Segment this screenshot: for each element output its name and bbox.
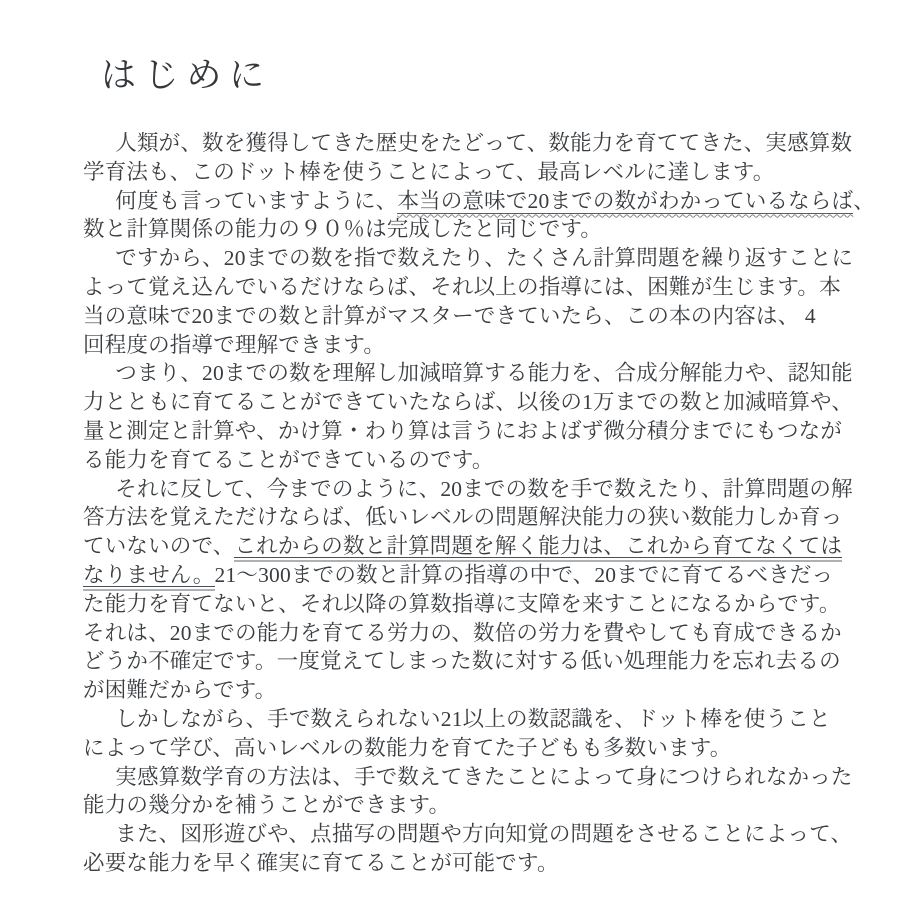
text-segment: よって覚え込んでいるだけならば、それ以上の指導には、困難が生じます。本 xyxy=(83,275,841,299)
text-line: 実感算数学育の方法は、手で数えてきたことによって身につけられなかった xyxy=(83,763,845,792)
underlined-phrase-wavy: 本当の意味で20までの数がわかっているならば xyxy=(397,189,853,215)
text-segment: しかしながら、手で数えられない21以上の数認識を、ドット棒を使うこと xyxy=(115,707,830,731)
text-segment: つまり、20までの数を理解し加減暗算する能力を、合成分解能力や、認知能 xyxy=(115,361,853,385)
text-line: 人類が、数を獲得してきた歴史をたどって、数能力を育ててきた、実感算数 xyxy=(83,129,845,158)
text-line: 学育法も、このドット棒を使うことによって、最高レベルに達します。 xyxy=(83,158,845,187)
text-line: 答方法を覚えただけならば、低いレベルの問題解決能力の狭い数能力しか育っ xyxy=(83,503,845,532)
text-segment: それに反して、今までのように、20までの数を手で数えたり、計算問題の解 xyxy=(115,477,853,501)
text-line: よって覚え込んでいるだけならば、それ以上の指導には、困難が生じます。本 xyxy=(83,273,845,302)
text-segment: ですから、20までの数を指で数えたり、たくさん計算問題を繰り返すことに xyxy=(115,246,853,270)
paragraph: 人類が、数を獲得してきた歴史をたどって、数能力を育ててきた、実感算数学育法も、こ… xyxy=(83,129,845,187)
text-line: によって学び、高いレベルの数能力を育てた子どもも多数います。 xyxy=(83,734,845,763)
text-segment: また、図形遊びや、点描写の問題や方向知覚の問題をさせることによって、 xyxy=(115,822,852,846)
body-paragraphs: 人類が、数を獲得してきた歴史をたどって、数能力を育ててきた、実感算数学育法も、こ… xyxy=(83,129,845,878)
text-segment: 学育法も、このドット棒を使うことによって、最高レベルに達します。 xyxy=(83,160,774,184)
text-segment: によって学び、高いレベルの数能力を育てた子どもも多数います。 xyxy=(83,736,731,760)
text-line: 能力の幾分かを補うことができます。 xyxy=(83,791,845,820)
text-segment: た能力を育てないと、それ以降の算数指導に支障を来すことになるからです。 xyxy=(83,592,841,616)
text-line: が困難だからです。 xyxy=(83,676,845,705)
text-segment: どうか不確定です。一度覚えてしまった数に対する低い処理能力を忘れ去るの xyxy=(83,649,841,673)
paragraph: それに反して、今までのように、20までの数を手で数えたり、計算問題の解答方法を覚… xyxy=(83,475,845,705)
text-line: なりません。21～300までの数と計算の指導の中で、20までに育てるべきだっ xyxy=(83,561,845,590)
paragraph: 実感算数学育の方法は、手で数えてきたことによって身につけられなかった能力の幾分か… xyxy=(83,763,845,821)
text-segment: 、 xyxy=(853,189,875,213)
text-line: 数と計算関係の能力の９０％は完成したと同じです。 xyxy=(83,215,845,244)
text-segment: 実感算数学育の方法は、手で数えてきたことによって身につけられなかった xyxy=(115,765,852,789)
text-segment: 回程度の指導で理解できます。 xyxy=(83,333,385,357)
underlined-phrase-double: これからの数と計算問題を解く能力は、これから育てなくては xyxy=(234,534,842,563)
text-line: それに反して、今までのように、20までの数を手で数えたり、計算問題の解 xyxy=(83,475,845,504)
underlined-phrase-double: なりません。 xyxy=(83,563,215,592)
text-segment: 人類が、数を獲得してきた歴史をたどって、数能力を育ててきた、実感算数 xyxy=(115,131,852,155)
text-segment: 量と測定と計算や、かけ算・わり算は言うにおよばず微分積分までにもつなが xyxy=(83,419,842,443)
text-segment: それは、20までの能力を育てる労力の、数倍の労力を費やしても育成できるか xyxy=(83,621,842,645)
text-segment: 能力の幾分かを補うことができます。 xyxy=(83,793,450,817)
text-line: しかしながら、手で数えられない21以上の数認識を、ドット棒を使うこと xyxy=(83,705,845,734)
page-title: はじめに xyxy=(101,48,272,98)
text-segment: 答方法を覚えただけならば、低いレベルの問題解決能力の狭い数能力しか育っ xyxy=(83,505,843,529)
text-segment: 力とともに育てることができていたならば、以後の1万までの数と加減暗算や、 xyxy=(83,390,853,414)
text-segment: る能力を育てることができているのです。 xyxy=(83,448,494,472)
text-line: どうか不確定です。一度覚えてしまった数に対する低い処理能力を忘れ去るの xyxy=(83,647,845,676)
paragraph: つまり、20までの数を理解し加減暗算する能力を、合成分解能力や、認知能力とともに… xyxy=(83,359,845,474)
text-line: る能力を育てることができているのです。 xyxy=(83,446,845,475)
text-line: ていないので、これからの数と計算問題を解く能力は、これから育てなくては xyxy=(83,532,845,561)
paragraph: しかしながら、手で数えられない21以上の数認識を、ドット棒を使うことによって学び… xyxy=(83,705,845,763)
text-line: 当の意味で20までの数と計算がマスターできていたら、この本の内容は、 4 xyxy=(83,302,845,331)
paragraph: ですから、20までの数を指で数えたり、たくさん計算問題を繰り返すことによって覚え… xyxy=(83,244,845,359)
text-segment: 何度も言っていますように、 xyxy=(115,189,397,213)
paragraph: 何度も言っていますように、本当の意味で20までの数がわかっているならば、数と計算… xyxy=(83,187,845,245)
text-line: 力とともに育てることができていたならば、以後の1万までの数と加減暗算や、 xyxy=(83,388,845,417)
text-line: それは、20までの能力を育てる労力の、数倍の労力を費やしても育成できるか xyxy=(83,619,845,648)
text-line: 量と測定と計算や、かけ算・わり算は言うにおよばず微分積分までにもつなが xyxy=(83,417,845,446)
paragraph: また、図形遊びや、点描写の問題や方向知覚の問題をさせることによって、必要な能力を… xyxy=(83,820,845,878)
text-segment: 数と計算関係の能力の９０％は完成したと同じです。 xyxy=(83,217,602,241)
text-line: つまり、20までの数を理解し加減暗算する能力を、合成分解能力や、認知能 xyxy=(83,359,845,388)
text-segment: が困難だからです。 xyxy=(83,678,276,702)
text-segment: 必要な能力を早く確実に育てることが可能です。 xyxy=(83,851,559,875)
text-segment: 21～300までの数と計算の指導の中で、20までに育てるべきだっ xyxy=(215,563,834,587)
text-line: 必要な能力を早く確実に育てることが可能です。 xyxy=(83,849,845,878)
text-line: ですから、20までの数を指で数えたり、たくさん計算問題を繰り返すことに xyxy=(83,244,845,273)
text-line: 何度も言っていますように、本当の意味で20までの数がわかっているならば、 xyxy=(83,187,845,216)
text-segment: ていないので、 xyxy=(83,534,234,558)
text-line: 回程度の指導で理解できます。 xyxy=(83,331,845,360)
document-page: はじめに 人類が、数を獲得してきた歴史をたどって、数能力を育ててきた、実感算数学… xyxy=(0,0,900,900)
text-line: また、図形遊びや、点描写の問題や方向知覚の問題をさせることによって、 xyxy=(83,820,845,849)
text-line: た能力を育てないと、それ以降の算数指導に支障を来すことになるからです。 xyxy=(83,590,845,619)
text-segment: 当の意味で20までの数と計算がマスターできていたら、この本の内容は、 4 xyxy=(83,304,816,328)
